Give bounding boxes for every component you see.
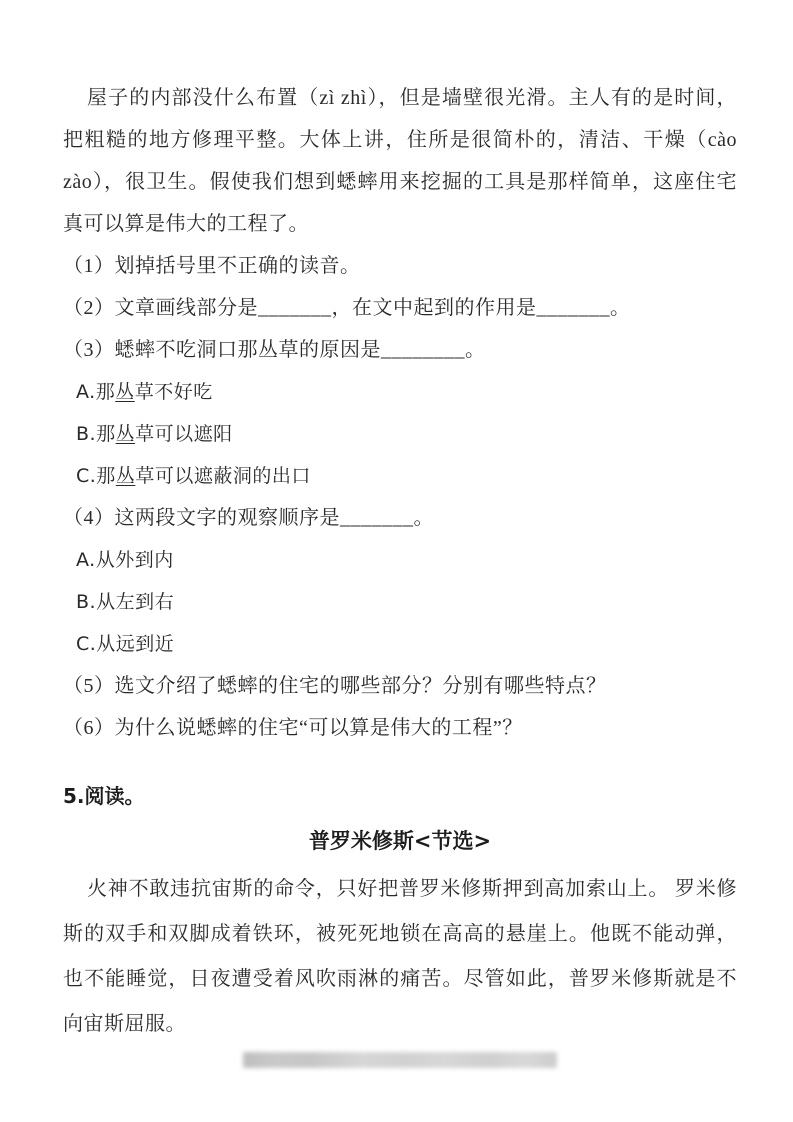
option-text-pre: A.那 <box>76 381 115 403</box>
question-5: （5）选文介绍了蟋蟀的住宅的哪些部分？分别有哪些特点？ <box>63 665 737 707</box>
passage-cricket-house: 屋子的内部没什么布置（zì zhì），但是墙壁很光滑。主人有的是时间，把粗糙的地… <box>63 77 737 245</box>
underlined-char: 丛 <box>116 465 136 487</box>
question-2: （2）文章画线部分是_______，在文中起到的作用是_______。 <box>63 287 737 329</box>
question-1: （1）划掉括号里不正确的读音。 <box>63 245 737 287</box>
underlined-char: 丛 <box>116 423 136 445</box>
question-3-stem: （3）蟋蟀不吃洞口那丛草的原因是________。 <box>63 329 737 371</box>
option-text-post: 草可以遮蔽洞的出口 <box>135 465 311 487</box>
question-3-option-b: B.那丛草可以遮阳 <box>63 413 737 455</box>
option-text-pre: C.那 <box>76 465 116 487</box>
question-4-option-a: A.从外到内 <box>63 539 737 581</box>
document-content: 屋子的内部没什么布置（zì zhì），但是墙壁很光滑。主人有的是时间，把粗糙的地… <box>0 0 793 1047</box>
question-4-stem: （4）这两段文字的观察顺序是_______。 <box>63 497 737 539</box>
option-text-post: 草不好吃 <box>135 381 213 403</box>
question-3-option-c: C.那丛草可以遮蔽洞的出口 <box>63 455 737 497</box>
underlined-char: 丛 <box>115 381 135 403</box>
passage-title-prometheus: 普罗米修斯<节选> <box>63 823 737 859</box>
option-text-pre: B.那 <box>76 423 116 445</box>
question-6: （6）为什么说蟋蟀的住宅“可以算是伟大的工程”？ <box>63 707 737 749</box>
blurred-watermark <box>243 1052 557 1068</box>
option-text-post: 草可以遮阳 <box>135 423 233 445</box>
question-4-option-c: C.从远到近 <box>63 623 737 665</box>
section-5-heading: 5.阅读。 <box>63 775 737 817</box>
question-4-option-b: B.从左到右 <box>63 581 737 623</box>
document-page: 屋子的内部没什么布置（zì zhì），但是墙壁很光滑。主人有的是时间，把粗糙的地… <box>0 0 793 1122</box>
question-3-option-a: A.那丛草不好吃 <box>63 371 737 413</box>
passage-prometheus: 火神不敢违抗宙斯的命令，只好把普罗米修斯押到高加索山上。 罗米修斯的双手和双脚成… <box>63 867 737 1047</box>
